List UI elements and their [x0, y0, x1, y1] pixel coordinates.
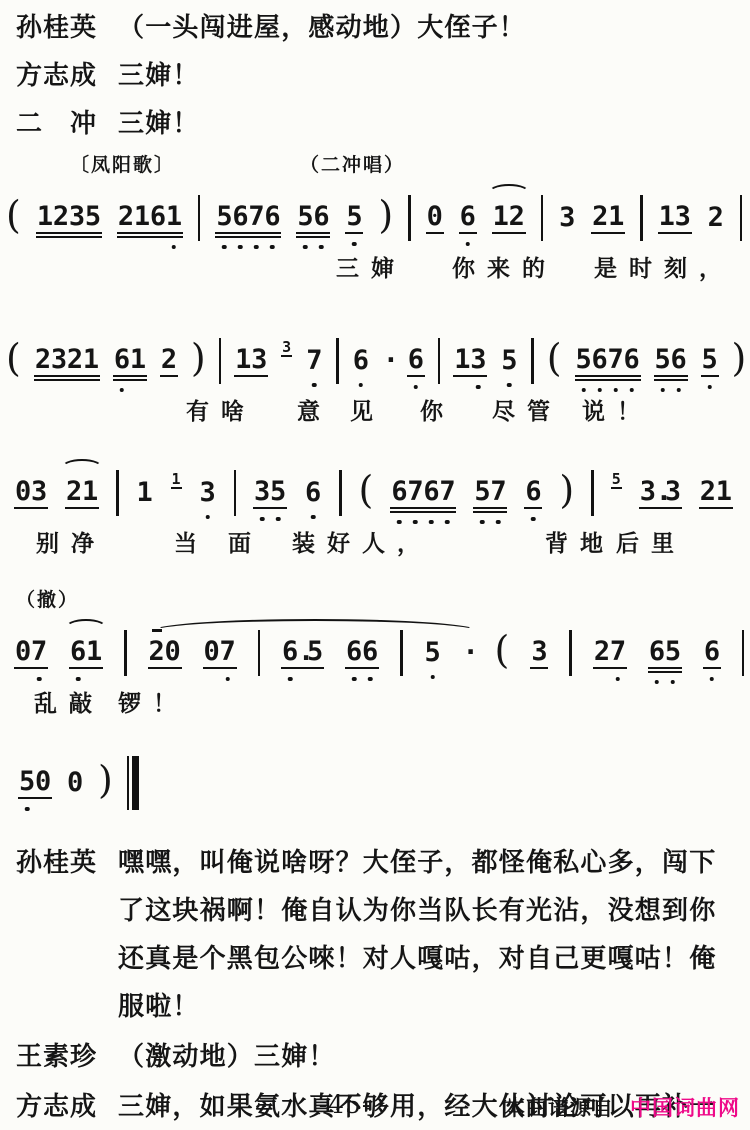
barline	[591, 470, 594, 516]
lyric-text: 你	[420, 393, 455, 426]
note-digit: 1	[37, 202, 53, 232]
low-octave-dot	[629, 388, 634, 393]
low-octave-dot	[120, 388, 125, 393]
dialogue-row: 王素珍（激动地）三婶！	[16, 1032, 738, 1080]
note-digit: 1	[716, 477, 732, 507]
note-digit: 0	[427, 202, 443, 232]
note-group: 20	[148, 637, 182, 669]
low-octave-dot	[676, 388, 681, 393]
dialogue-line: 服啦！	[118, 982, 730, 1030]
low-octave-dot	[172, 245, 177, 250]
dialogue-row: 孙桂英嘿嘿，叫俺说啥呀？大侄子，都怪俺私心多，闯下了这块祸啊！俺自认为你当队长有…	[16, 838, 738, 1030]
note-digit: 5	[501, 346, 517, 376]
low-octave-dot	[655, 680, 660, 685]
note-group: 35	[253, 477, 287, 509]
note-group: 21	[65, 477, 99, 509]
music-line: 0321113356(6767576)53.321别净当面装好人，背地后里	[0, 459, 750, 565]
note-group: 5676	[215, 202, 281, 234]
low-octave-dot	[413, 520, 418, 525]
note-digit: 6	[232, 202, 248, 232]
speaker-name: 王素珍	[16, 1032, 118, 1080]
dialogue-text: 嘿嘿，叫俺说啥呀？大侄子，都怪俺私心多，闯下了这块祸啊！俺自认为你当队长有光沾，…	[118, 838, 730, 1030]
lyric-text: 你来的	[452, 250, 557, 283]
note-digit: 5	[297, 202, 313, 232]
notes-row: 500)	[18, 755, 139, 811]
note-digit: 2	[118, 202, 134, 232]
low-octave-dot	[270, 245, 275, 250]
note-group: 21	[591, 202, 625, 234]
note-digit: 6	[624, 345, 640, 375]
note-digit: 1	[235, 345, 251, 375]
augmentation-dot: ·	[463, 638, 474, 668]
note-digit: 1	[166, 202, 182, 232]
low-octave-dot	[613, 388, 618, 393]
low-octave-dot	[476, 385, 481, 390]
low-octave-dot	[710, 677, 715, 682]
low-octave-dot	[430, 675, 435, 680]
open-paren: (	[495, 635, 510, 665]
dialogue-line: （激动地）三婶！	[118, 1032, 730, 1080]
note-digit: 3	[665, 477, 681, 507]
note-digit: 1	[130, 345, 146, 375]
note-digit: 3	[251, 345, 267, 375]
low-octave-dot	[352, 677, 357, 682]
note-group: 0	[66, 768, 84, 798]
note-digit: 2	[509, 202, 525, 232]
note-digit: 6	[671, 345, 687, 375]
note-digit: 2	[700, 477, 716, 507]
note-digit: 5	[216, 202, 232, 232]
note-digit: 2	[35, 345, 51, 375]
low-octave-dot	[707, 385, 712, 390]
barline	[640, 195, 643, 241]
music-line: （撤）076120076.5665·(327656乱敲锣！	[0, 585, 750, 725]
note-group: 3	[530, 637, 548, 669]
note-group: 21	[699, 477, 733, 509]
tie-arc	[152, 619, 478, 643]
note-digit: 3	[51, 345, 67, 375]
open-paren: (	[6, 343, 21, 373]
lyric-text: 人，	[362, 525, 432, 558]
low-octave-dot	[358, 383, 363, 388]
barline	[116, 470, 119, 516]
note-digit: 1	[454, 345, 470, 375]
close-paren: )	[191, 343, 206, 373]
dialogue-line: 了这块祸啊！俺自认为你当队长有光沾，没想到你	[118, 886, 730, 934]
lyric-text: 面	[228, 525, 263, 558]
tune-label: （撤）	[16, 585, 79, 612]
note-digit: 1	[134, 202, 150, 232]
note-group: 0	[426, 202, 444, 234]
note-group: 3	[199, 478, 217, 508]
low-octave-dot	[25, 807, 30, 812]
note-group: 5676	[575, 345, 641, 377]
lyric-text: 意	[297, 393, 332, 426]
notes-row: (123521615676565)0612321132	[6, 190, 742, 246]
low-octave-dot	[507, 383, 512, 388]
barline	[408, 195, 411, 241]
note-group: 27	[593, 637, 627, 669]
note-digit: 6	[704, 637, 720, 667]
note-digit: 5	[19, 767, 35, 797]
note-group: 56	[654, 345, 688, 377]
open-paren: (	[547, 343, 562, 373]
note-digit: 6	[305, 478, 321, 508]
note-digit: 0	[15, 477, 31, 507]
low-octave-dot	[616, 677, 621, 682]
note-digit: 2	[708, 203, 724, 233]
note-group: 6	[407, 345, 425, 377]
low-octave-dot	[319, 245, 324, 250]
note-digit: 6	[460, 202, 476, 232]
low-octave-dot	[368, 677, 373, 682]
note-digit: 3	[559, 203, 575, 233]
open-paren: (	[359, 475, 374, 505]
note-digit: 6	[423, 477, 439, 507]
note-group: 5	[500, 346, 518, 376]
note-digit: 1	[86, 637, 102, 667]
lyric-text: 装好	[292, 525, 362, 558]
watermark: 本曲谱源自中国词曲网	[504, 1092, 740, 1122]
low-octave-dot	[581, 388, 586, 393]
low-octave-dot	[303, 245, 308, 250]
page-number: -45-	[295, 1090, 395, 1119]
lyric-text: 是时刻，	[594, 250, 734, 283]
note-digit: 7	[31, 637, 47, 667]
close-paren: )	[98, 765, 113, 795]
low-octave-dot	[597, 388, 602, 393]
open-paren: (	[6, 200, 21, 230]
note-digit: 5	[85, 202, 101, 232]
lyric-text: 说！	[582, 393, 652, 426]
note-group: 6	[459, 202, 477, 234]
note-group: 7	[305, 346, 323, 376]
low-octave-dot	[76, 677, 81, 682]
barline	[569, 630, 572, 676]
score-page: 孙桂英（一头闯进屋，感动地）大侄子！方志成三婶！二 冲三婶！ 〔凤阳歌〕（二冲唱…	[0, 0, 750, 1130]
speaker-name: 方志成	[16, 1082, 118, 1130]
low-octave-dot	[205, 515, 210, 520]
low-octave-dot	[413, 385, 418, 390]
note-digit: 7	[490, 477, 506, 507]
barline	[742, 630, 745, 676]
close-paren: )	[378, 200, 393, 230]
note-digit: 6	[391, 477, 407, 507]
note-group: 5	[345, 202, 363, 234]
note-group: 2	[160, 345, 178, 377]
low-octave-dot	[222, 245, 227, 250]
note-group: 3.3	[639, 477, 682, 509]
note-digit: 1	[82, 477, 98, 507]
note-group: 61	[113, 345, 147, 377]
note-digit: 3	[640, 477, 656, 507]
note-digit: 3	[470, 345, 486, 375]
note-group: 1235	[36, 202, 102, 234]
note-digit: 2	[592, 202, 608, 232]
low-octave-dot	[496, 520, 501, 525]
note-group: 13	[453, 345, 487, 377]
lyric-text: 背地	[545, 525, 615, 558]
note-digit: .	[656, 477, 665, 507]
note-group: 07	[14, 637, 48, 669]
low-octave-dot	[254, 245, 259, 250]
note-digit: 3	[200, 478, 216, 508]
note-group: 6	[352, 346, 370, 376]
lyric-text: 乱敲	[34, 685, 104, 718]
dialogue-line: 还真是个黑包公唻！对人嘎咕，对自己更嘎咕！俺	[118, 934, 730, 982]
note-digit: 0	[67, 768, 83, 798]
low-octave-dot	[429, 520, 434, 525]
low-octave-dot	[288, 677, 293, 682]
notes-row: (2321612)13376·6135(5676565)	[6, 333, 750, 389]
low-octave-dot	[225, 677, 230, 682]
low-octave-dot	[276, 517, 281, 522]
note-digit: 0	[15, 637, 31, 667]
note-group: 50	[18, 767, 52, 799]
final-barline-thick	[132, 756, 139, 810]
low-octave-dot	[260, 517, 265, 522]
note-digit: 5	[576, 345, 592, 375]
barline	[336, 338, 339, 384]
dialogue-line: 嘿嘿，叫俺说啥呀？大侄子，都怪俺私心多，闯下	[118, 838, 730, 886]
note-group: 5	[424, 638, 442, 668]
note-digit: 1	[659, 202, 675, 232]
music-score: 〔凤阳歌〕（二冲唱）(123521615676565)0612321132三婶你…	[0, 0, 750, 840]
watermark-site: 中国词曲网	[630, 1097, 740, 1120]
note-digit: 5	[665, 637, 681, 667]
note-group: 61	[69, 637, 103, 669]
low-octave-dot	[238, 245, 243, 250]
note-group: 6	[304, 478, 322, 508]
note-digit: 6	[114, 345, 130, 375]
note-group: 57	[473, 477, 507, 509]
barline	[234, 470, 237, 516]
low-octave-dot	[465, 242, 470, 247]
note-group: 1	[136, 478, 154, 508]
dialogue-text: （激动地）三婶！	[118, 1032, 730, 1080]
music-line: (2321612)13376·6135(5676565)有啥意见你尽管说！	[0, 327, 750, 433]
tune-label: 〔凤阳歌〕	[70, 150, 175, 177]
dialogue-bottom: 孙桂英嘿嘿，叫俺说啥呀？大侄子，都怪俺私心多，闯下了这块祸啊！俺自认为你当队长有…	[16, 838, 738, 1130]
augmentation-dot: ·	[383, 346, 394, 376]
note-digit: 3	[254, 477, 270, 507]
note-group: 6	[524, 477, 542, 509]
note-group: 6	[703, 637, 721, 669]
note-group: 13	[234, 345, 268, 377]
note-digit: 0	[204, 637, 220, 667]
note-group: 12	[492, 202, 526, 234]
speaker-name: 孙桂英	[16, 838, 118, 886]
lyric-text: 当	[174, 525, 209, 558]
lyric-text: 别净	[36, 525, 106, 558]
lyric-text: 尽管	[492, 393, 562, 426]
note-group: 13	[658, 202, 692, 234]
music-line: 〔凤阳歌〕（二冲唱）(123521615676565)0612321132三婶你…	[0, 150, 750, 290]
note-digit: 1	[608, 202, 624, 232]
note-group: 56	[296, 202, 330, 234]
note-digit: 7	[608, 345, 624, 375]
note-digit: 5	[655, 345, 671, 375]
note-group: 5	[701, 345, 719, 377]
lyric-text: 锣！	[118, 685, 188, 718]
note-digit: 3	[69, 202, 85, 232]
note-digit: 5	[270, 477, 286, 507]
barline	[124, 630, 127, 676]
barline	[531, 338, 534, 384]
note-digit: 6	[649, 637, 665, 667]
barline	[198, 195, 201, 241]
note-group: 65	[648, 637, 682, 669]
note-digit: 3	[531, 637, 547, 667]
note-digit: 5	[474, 477, 490, 507]
low-octave-dot	[480, 520, 485, 525]
low-octave-dot	[37, 677, 42, 682]
note-digit: 6	[264, 202, 280, 232]
note-digit: 1	[493, 202, 509, 232]
note-digit: 3	[675, 202, 691, 232]
note-group: 07	[203, 637, 237, 669]
note-group: 03	[14, 477, 48, 509]
note-digit: 0	[35, 767, 51, 797]
low-octave-dot	[445, 520, 450, 525]
final-barline-thin	[127, 756, 130, 810]
close-paren: )	[732, 343, 747, 373]
barline	[740, 195, 743, 241]
note-digit: 6	[592, 345, 608, 375]
note-digit: 7	[407, 477, 423, 507]
note-digit: 2	[149, 637, 165, 667]
note-digit: 6	[353, 346, 369, 376]
lyric-text: 见	[350, 393, 385, 426]
low-octave-dot	[671, 680, 676, 685]
note-digit: 6	[408, 345, 424, 375]
note-digit: 7	[610, 637, 626, 667]
note-digit: 2	[67, 345, 83, 375]
note-digit: 1	[137, 478, 153, 508]
note-digit: 2	[161, 345, 177, 375]
note-digit: 6	[525, 477, 541, 507]
note-digit: 6	[313, 202, 329, 232]
barline	[438, 338, 441, 384]
note-digit: 2	[53, 202, 69, 232]
watermark-prefix: 本曲谱源自	[504, 1097, 614, 1120]
note-digit: 7	[439, 477, 455, 507]
low-octave-dot	[312, 383, 317, 388]
note-digit: 7	[248, 202, 264, 232]
note-digit: 3	[31, 477, 47, 507]
grace-note: 1	[171, 471, 182, 489]
note-group: 2161	[117, 202, 183, 234]
low-octave-dot	[352, 242, 357, 247]
low-octave-dot	[531, 517, 536, 522]
note-digit: 5	[425, 638, 441, 668]
notes-row: 0321113356(6767576)53.321	[14, 465, 750, 521]
note-digit: 7	[220, 637, 236, 667]
lyric-text: 有啥	[186, 393, 256, 426]
barline	[339, 470, 342, 516]
lyric-text: 后里	[616, 525, 686, 558]
note-digit: 7	[306, 346, 322, 376]
note-digit: 5	[346, 202, 362, 232]
note-digit: 6	[70, 637, 86, 667]
note-digit: 2	[594, 637, 610, 667]
lyric-text: 三婶	[336, 250, 406, 283]
note-digit: 6	[150, 202, 166, 232]
grace-note: 5	[611, 471, 622, 489]
low-octave-dot	[660, 388, 665, 393]
note-digit: 2	[66, 477, 82, 507]
low-octave-dot	[397, 520, 402, 525]
note-group: 2321	[34, 345, 100, 377]
barline	[541, 195, 544, 241]
low-octave-dot	[311, 515, 316, 520]
note-group: 3	[558, 203, 576, 233]
note-group: 2	[707, 203, 725, 233]
close-paren: )	[559, 475, 574, 505]
note-group: 6767	[390, 477, 456, 509]
note-digit: 5	[702, 345, 718, 375]
final-barline	[127, 756, 139, 810]
music-line: 500)	[0, 749, 750, 825]
barline	[219, 338, 222, 384]
tune-label: （二冲唱）	[300, 150, 405, 177]
grace-note: 3	[281, 339, 292, 357]
note-digit: 0	[165, 637, 181, 667]
note-digit: 1	[83, 345, 99, 375]
